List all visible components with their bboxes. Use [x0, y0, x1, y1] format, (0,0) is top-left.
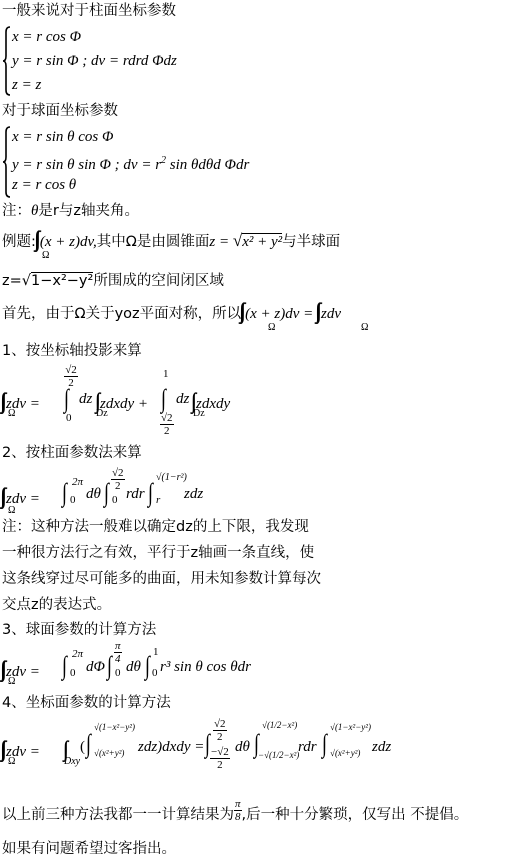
theta-note: 注：θ是r与z轴夹角。	[2, 202, 139, 220]
method4-up2: √(1/2−x²)	[262, 720, 297, 730]
paren-open: (	[80, 738, 85, 756]
method2-rdr: rdr	[126, 485, 145, 503]
method1-lower2: √22	[160, 412, 174, 437]
method1-dz: dz	[79, 390, 92, 408]
closing-line: 如果有问题希望过客指出。	[2, 840, 176, 858]
sph-eq-z: z = r cos θ	[12, 176, 76, 194]
dz-subscript: Dz	[193, 408, 205, 419]
example-text-b: 与半球面	[282, 234, 340, 250]
omega-subscript: Ω	[8, 756, 15, 767]
method3-title: 3、球面参数的计算方法	[2, 621, 156, 639]
note2-line4: 交点z的表达式。	[2, 596, 111, 614]
result-fraction: π8	[234, 798, 242, 823]
integral-icon: ∫	[104, 478, 109, 508]
method3-body: r³ sin θ cos θdr	[160, 658, 251, 676]
method1-dz2: dz	[176, 390, 189, 408]
method2-up3: √(1−r²)	[156, 472, 187, 483]
cyl-eq-x: x = r cos Φ	[12, 28, 81, 46]
method2-dtheta: dθ	[86, 485, 101, 503]
conclusion-line: 以上前三种方法我都一一计算结果为π8,后一种十分繁琐，仅写出 不提倡。	[2, 806, 468, 824]
method3-lo1: 0	[70, 667, 76, 679]
integral-icon: ∫	[161, 384, 166, 414]
sph-eq-y-b: sin θdθd Φdr	[166, 157, 249, 173]
sph-eq-y-a: y = r sin θ sin Φ ; dv = r	[12, 157, 161, 173]
omega-subscript: Ω	[8, 408, 15, 419]
left-brace-icon	[2, 126, 12, 198]
omega-subscript: Ω	[42, 250, 49, 261]
method3-dphi: dΦ	[86, 658, 105, 676]
method1-title: 1、按坐标轴投影来算	[2, 342, 142, 360]
conclusion-text-b: ,后一种十分繁琐，仅写出 不提倡。	[242, 807, 469, 823]
method4-rdr: rdr	[298, 738, 317, 756]
symmetry-eq-a: (x + z)dv =	[245, 306, 317, 322]
sqrt-icon: √	[233, 231, 242, 250]
integral-icon: ∫	[322, 729, 327, 759]
hemisphere-text: 所围成的空间闭区域	[93, 273, 224, 289]
method2-lo3: r	[156, 494, 160, 506]
method4-lo3: √(x²+y²)	[330, 748, 360, 758]
method3-lo3: 0	[152, 667, 158, 679]
omega-subscript: Ω	[361, 322, 368, 333]
cone-radicand: x² + y²	[242, 233, 282, 250]
method4-in-body: zdz)dxdy =	[138, 738, 204, 756]
integral-icon: ∫	[107, 651, 112, 681]
dxy-subscript: Dxy	[64, 756, 80, 767]
note2-line2: 一种很方法行之有效，平行于z轴画一条直线，使	[2, 544, 314, 562]
left-brace-icon	[2, 26, 12, 96]
method3-up1: 2π	[72, 648, 83, 660]
hemisphere-radicand: 1−x²−y²	[31, 272, 93, 289]
note2-line3: 这条线穿过尽可能多的曲面，用未知参数计算每次	[2, 570, 321, 588]
example-label: 例题:	[2, 234, 36, 250]
method1-lower1: 0	[66, 412, 72, 424]
method4-in-up: √(1−x²−y²)	[94, 722, 135, 732]
symmetry-text: 首先，由于Ω关于yoz平面对称，所以	[2, 306, 241, 322]
method2-title: 2、按柱面参数法来算	[2, 444, 142, 462]
method2-up2: √22	[111, 467, 125, 492]
integral-icon: ∫	[62, 651, 67, 681]
cylindrical-intro: 一般来说对于柱面坐标参数	[2, 2, 176, 20]
method3-up2: π4	[114, 640, 122, 665]
method2-up1: 2π	[72, 476, 83, 488]
cyl-eq-z: z = z	[12, 76, 41, 94]
dz-subscript: Dz	[96, 408, 108, 419]
method3-dtheta: dθ	[126, 658, 141, 676]
method4-zdz: zdz	[372, 738, 391, 756]
symmetry-eq-b: zdv	[321, 306, 341, 322]
sph-eq-y: y = r sin θ sin Φ ; dv = r2 sin θdθd Φdr	[12, 152, 249, 174]
example-text: 其中Ω是由圆锥面	[97, 234, 210, 250]
conclusion-text-a: 以上前三种方法我都一一计算结果为	[2, 807, 234, 823]
method3-lo2: 0	[115, 667, 121, 679]
sqrt-icon: √	[22, 273, 31, 289]
method4-up1: √22	[213, 718, 227, 743]
spherical-intro: 对于球面坐标参数	[2, 102, 118, 120]
note-label: 注：	[2, 203, 31, 219]
method2-lo2: 0	[112, 494, 118, 506]
integral-icon: ∫	[148, 478, 153, 508]
method2-lo1: 0	[70, 494, 76, 506]
hemisphere-z: z=	[2, 273, 22, 289]
method4-title: 4、坐标面参数的计算方法	[2, 694, 171, 712]
integral-icon: ∫	[64, 384, 69, 414]
note2-line1: 注：这种方法一般难以确定dz的上下限，我发现	[2, 518, 309, 536]
method4-up3: √(1−x²−y²)	[330, 722, 371, 732]
omega-subscript: Ω	[8, 676, 15, 687]
symmetry-line: 首先，由于Ω关于yoz平面对称，所以∫∫∫(x + z)dv = ∫∫∫zdv	[2, 302, 341, 323]
example-line: 例题:∫∫∫(x + z)dv,其中Ω是由圆锥面z = √x² + y²与半球面	[2, 230, 340, 251]
integral-icon: ∫	[145, 651, 150, 681]
omega-subscript: Ω	[8, 505, 15, 516]
omega-subscript: Ω	[268, 322, 275, 333]
method4-in-lo: √(x²+y²)	[94, 748, 124, 758]
cone-eq: z =	[209, 234, 232, 250]
method4-lo2: −√(1/2−x²)	[258, 750, 299, 760]
note-text: 是r与z轴夹角。	[38, 203, 139, 219]
example-integrand: (x + z)dv,	[40, 234, 97, 250]
method4-dtheta: dθ	[235, 738, 250, 756]
method2-zdz: zdz	[184, 485, 203, 503]
method4-lo1: −√22	[210, 746, 230, 771]
method1-upper2: 1	[163, 368, 169, 380]
sph-eq-x: x = r sin θ cos Φ	[12, 128, 113, 146]
cyl-eq-y: y = r sin Φ ; dv = rdrd Φdz	[12, 52, 177, 70]
hemisphere-line: z=√1−x²−y²所围成的空间闭区域	[2, 272, 224, 290]
method3-up3: 1	[153, 646, 159, 658]
integral-icon: ∫	[62, 478, 67, 508]
integral-icon: ∫	[86, 729, 91, 759]
